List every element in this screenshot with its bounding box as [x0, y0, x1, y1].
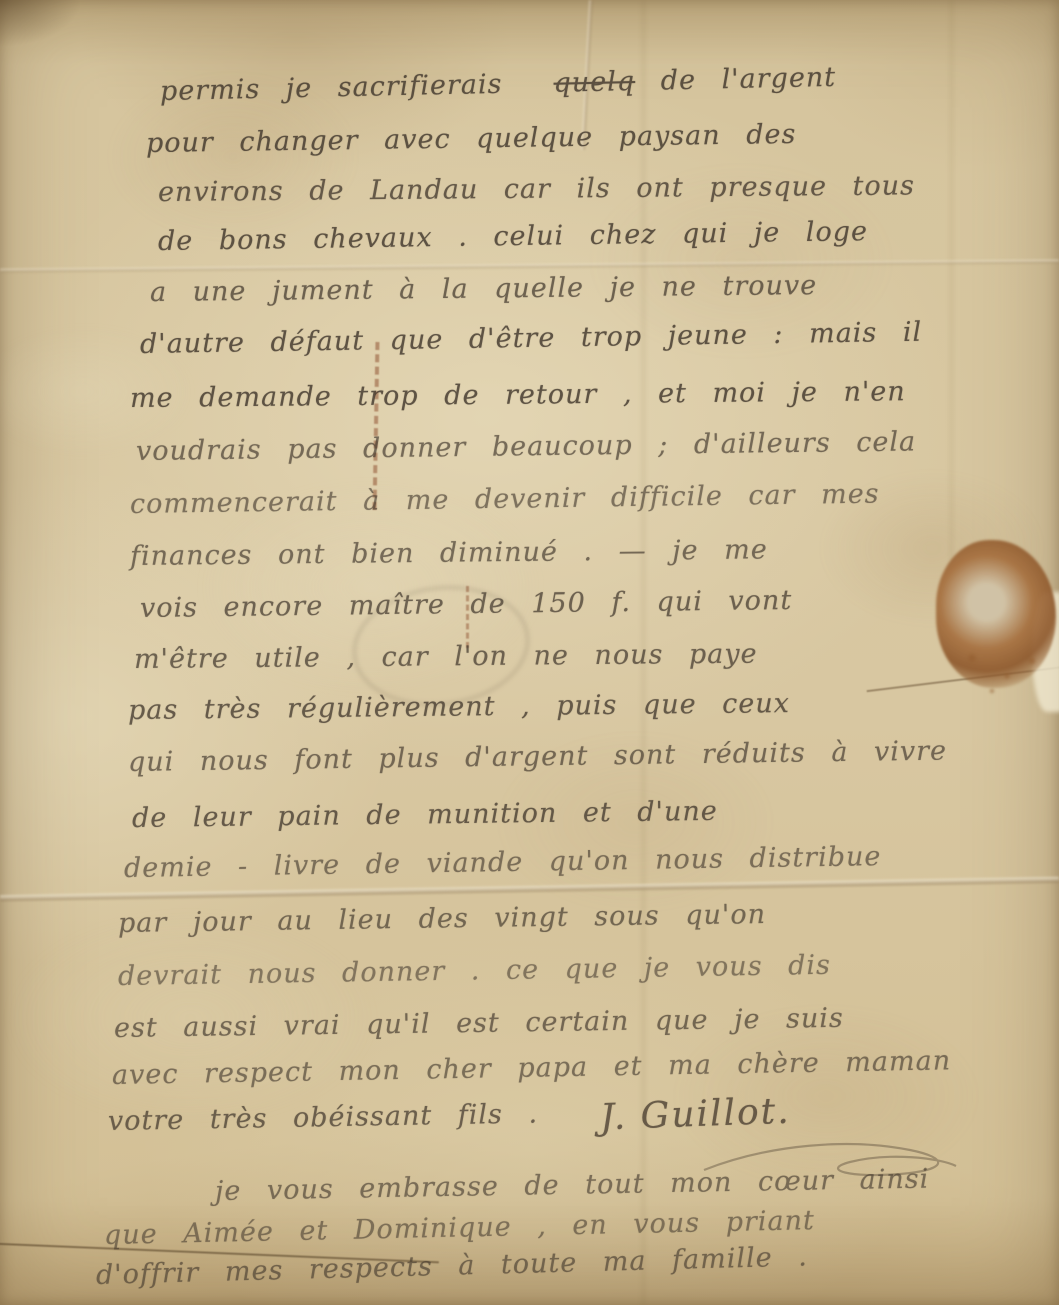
letter-line: est aussi vrai qu'il est certain que je … [114, 1003, 844, 1044]
letter-line: permis je sacrifierais quelq de l'argent [160, 62, 837, 107]
signature: J. Guillot. [599, 1091, 791, 1139]
letter-line: devrait nous donner . ce que je vous dis [118, 950, 831, 992]
letter-line: me demande trop de retour , et moi je n'… [130, 376, 906, 414]
letter-line: m'être utile , car l'on ne nous paye [134, 639, 758, 675]
letter-line: finances ont bien diminué . — je me [130, 534, 768, 572]
letter-scan: permis je sacrifierais quelq de l'argent… [0, 0, 1059, 1305]
letter-line: commencerait à me devenir difficile car … [130, 479, 880, 520]
line-text: de l'argent [660, 62, 836, 97]
letter-line: voudrais pas donner beaucoup ; d'ailleur… [136, 426, 917, 467]
letter-line: par jour au lieu des vingt sous qu'on [118, 899, 766, 939]
letter-line-valediction: votre très obéissant fils . [108, 1098, 539, 1137]
top-left-corner-shadow [0, 0, 80, 46]
line-text: permis je sacrifierais [160, 69, 503, 107]
letter-line: pour changer avec quelque paysan des [146, 119, 797, 159]
letter-line: environs de Landau car ils ont presque t… [158, 170, 915, 208]
vertical-crease-right [950, 0, 953, 560]
letter-line: pas très régulièrement , puis que ceux [128, 688, 790, 726]
letter-line: qui nous font plus d'argent sont réduits… [128, 736, 947, 778]
letter-line: de bons chevaux . celui chez qui je loge [158, 216, 868, 257]
letter-line: de leur pain de munition et d'une [132, 796, 718, 834]
letter-line: d'autre défaut que d'être trop jeune : m… [140, 317, 923, 360]
letter-line: demie - livre de viande qu'on nous distr… [124, 841, 882, 884]
letter-line: a une jument à la quelle je ne trouve [150, 270, 817, 308]
postscript-line: je vous embrasse de tout mon cœur ainsi [215, 1164, 930, 1207]
letter-line: avec respect mon cher papa et ma chère m… [112, 1045, 952, 1091]
letter-line: vois encore maître de 150 f. qui vont [140, 585, 793, 624]
horizontal-fold-upper [0, 259, 1059, 272]
struck-word: quelq [553, 66, 635, 99]
wax-seal-speckles [952, 640, 1052, 700]
